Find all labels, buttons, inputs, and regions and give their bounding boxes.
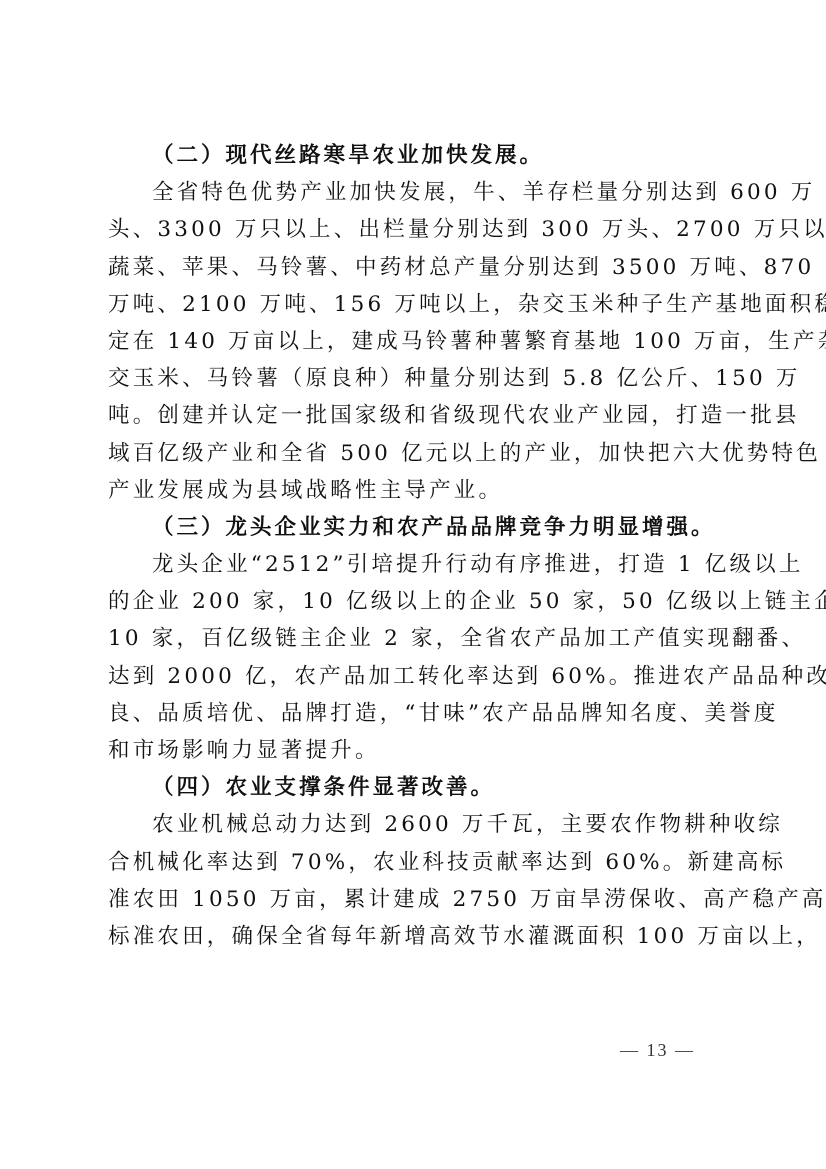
paragraph-line: 交玉米、马铃薯（原良种）种量分别达到 5.8 亿公斤、150 万 [108, 360, 720, 397]
paragraph-line: 吨。创建并认定一批国家级和省级现代农业产业园，打造一批县 [108, 397, 720, 434]
section-heading-4: （四）农业支撑条件显著改善。 [108, 769, 720, 806]
paragraph-line: 蔬菜、苹果、马铃薯、中药材总产量分别达到 3500 万吨、870 [108, 249, 720, 286]
paragraph-line: 定在 140 万亩以上，建成马铃薯种薯繁育基地 100 万亩，生产杂 [108, 323, 720, 360]
paragraph-line: 和市场影响力显著提升。 [108, 732, 720, 769]
paragraph-line: 合机械化率达到 70%，农业科技贡献率达到 60%。新建高标 [108, 844, 720, 881]
paragraph-line: 域百亿级产业和全省 500 亿元以上的产业，加快把六大优势特色 [108, 435, 720, 472]
paragraph-line: 准农田 1050 万亩，累计建成 2750 万亩旱涝保收、高产稳产高 [108, 881, 720, 918]
paragraph-line: 良、品质培优、品牌打造，“甘味”农产品品牌知名度、美誉度 [108, 695, 720, 732]
paragraph-line: 10 家，百亿级链主企业 2 家，全省农产品加工产值实现翻番、 [108, 620, 720, 657]
paragraph-line: 的企业 200 家，10 亿级以上的企业 50 家，50 亿级以上链主企业 [108, 583, 720, 620]
page-number: — 13 — [610, 1040, 705, 1061]
document-page: （二）现代丝路寒旱农业加快发展。 全省特色优势产业加快发展，牛、羊存栏量分别达到… [108, 137, 720, 955]
paragraph-line: 产业发展成为县域战略性主导产业。 [108, 472, 720, 509]
paragraph-line: 万吨、2100 万吨、156 万吨以上，杂交玉米种子生产基地面积稳 [108, 286, 720, 323]
paragraph-line: 头、3300 万只以上、出栏量分别达到 300 万头、2700 万只以上， [108, 211, 720, 248]
paragraph-line: 标准农田，确保全省每年新增高效节水灌溉面积 100 万亩以上， [108, 918, 720, 955]
paragraph-line: 达到 2000 亿，农产品加工转化率达到 60%。推进农产品品种改 [108, 658, 720, 695]
section-heading-2: （二）现代丝路寒旱农业加快发展。 [108, 137, 720, 174]
paragraph-line: 全省特色优势产业加快发展，牛、羊存栏量分别达到 600 万 [108, 174, 720, 211]
paragraph-line: 龙头企业“2512”引培提升行动有序推进，打造 1 亿级以上 [108, 546, 720, 583]
section-heading-3: （三）龙头企业实力和农产品品牌竞争力明显增强。 [108, 509, 720, 546]
paragraph-line: 农业机械总动力达到 2600 万千瓦，主要农作物耕种收综 [108, 806, 720, 843]
